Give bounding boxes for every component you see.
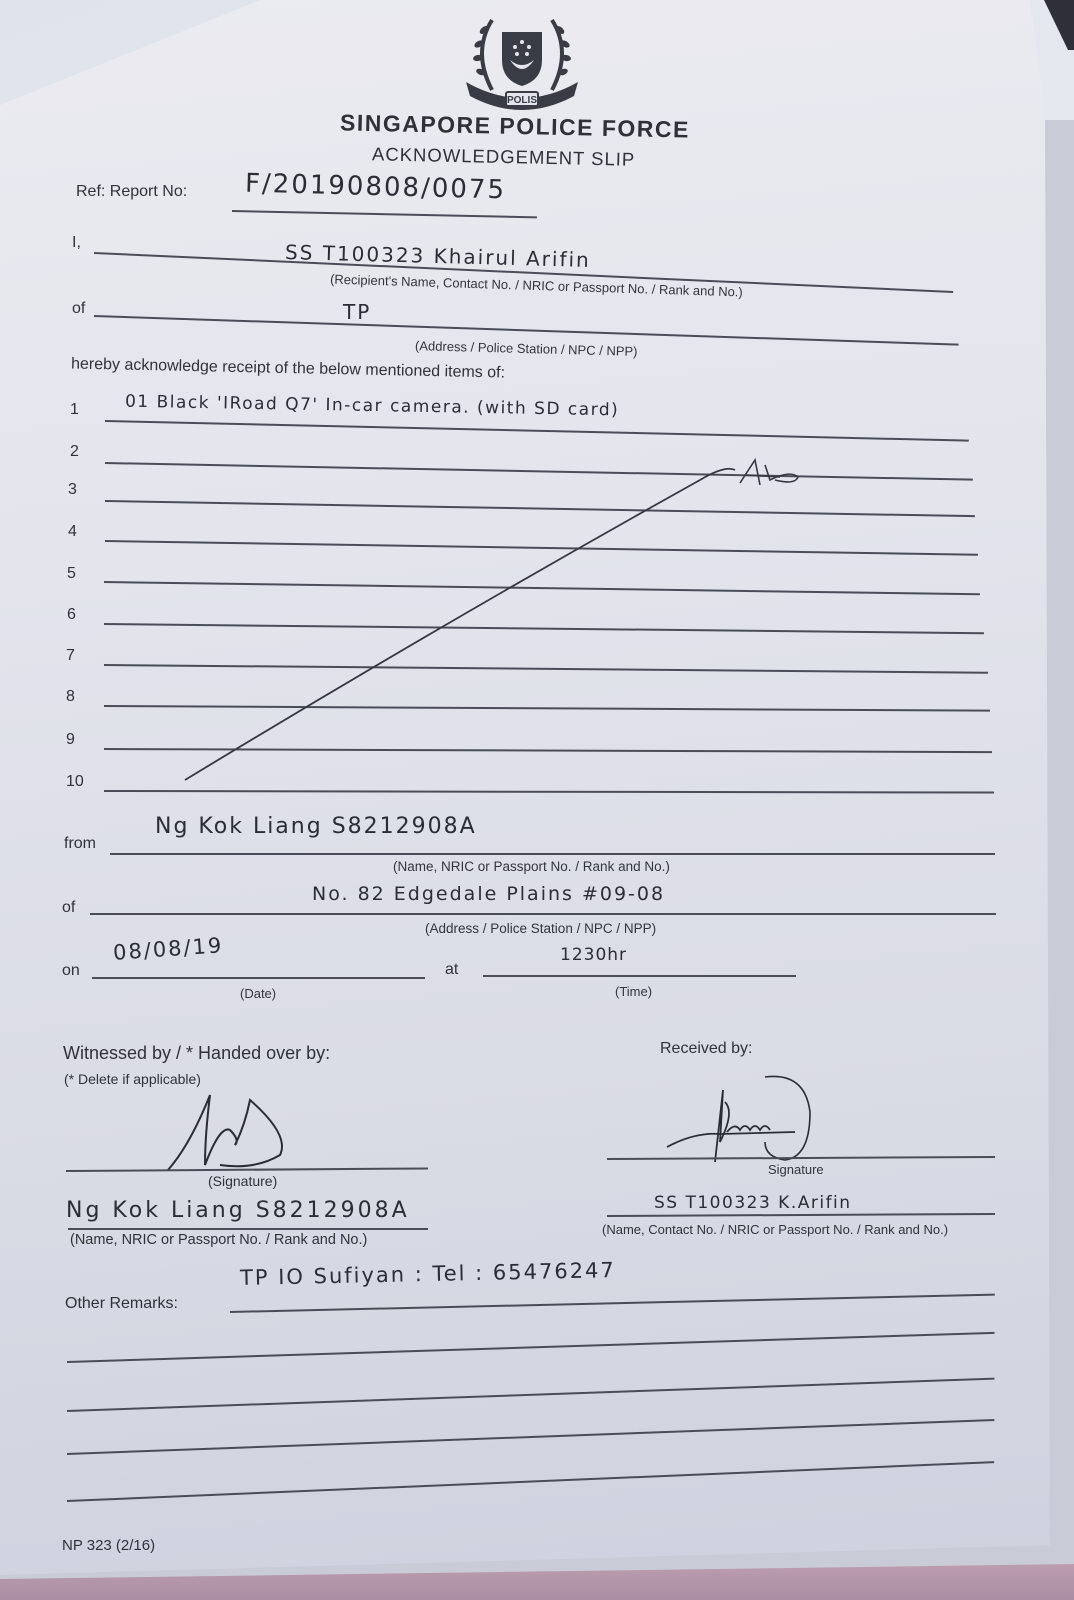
from-of-line bbox=[90, 913, 996, 915]
report-no-value[interactable]: F/20190808/0075 bbox=[245, 169, 507, 206]
from-of-value[interactable]: No. 82 Edgedale Plains #09-08 bbox=[312, 883, 665, 905]
date-line bbox=[92, 977, 425, 979]
receiver-signature-caption: Signature bbox=[768, 1162, 824, 1177]
receiver-name-line bbox=[607, 1213, 995, 1217]
time-value[interactable]: 1230hr bbox=[560, 945, 627, 965]
item-number: 6 bbox=[67, 606, 76, 624]
item-number: 7 bbox=[66, 647, 75, 665]
witness-signature-caption: (Signature) bbox=[208, 1173, 277, 1189]
acknowledgement-slip-paper: POLIS SINGAPORE POLICE FORCE ACKNOWLEDGE… bbox=[0, 0, 1050, 1575]
witness-name-caption: (Name, NRIC or Passport No. / Rank and N… bbox=[70, 1232, 367, 1248]
receiver-name-value[interactable]: SS T100323 K.Arifin bbox=[654, 1193, 852, 1213]
receiver-heading: Received by: bbox=[660, 1040, 753, 1058]
remarks-line-4 bbox=[67, 1419, 994, 1455]
remarks-line-3 bbox=[67, 1378, 994, 1412]
report-no-label: Ref: Report No: bbox=[76, 183, 187, 201]
form-code: NP 323 (2/16) bbox=[62, 1537, 155, 1554]
remarks-label: Other Remarks: bbox=[65, 1295, 178, 1313]
from-label: from bbox=[64, 835, 96, 853]
witness-name-line bbox=[68, 1228, 428, 1230]
from-line bbox=[110, 853, 995, 855]
from-of-label: of bbox=[62, 899, 75, 917]
item-number: 4 bbox=[68, 523, 77, 541]
item-line bbox=[105, 420, 969, 441]
item-number: 10 bbox=[66, 773, 84, 791]
strike-through-mark bbox=[180, 455, 830, 785]
recipient-caption: (Recipient's Name, Contact No. / NRIC or… bbox=[330, 272, 743, 300]
from-value[interactable]: Ng Kok Liang S8212908A bbox=[155, 814, 477, 839]
recipient-of-value[interactable]: TP bbox=[343, 300, 371, 324]
recipient-prefix: I, bbox=[72, 234, 81, 252]
at-label: at bbox=[445, 961, 458, 979]
recipient-of-label: of bbox=[72, 300, 85, 318]
on-label: on bbox=[62, 962, 80, 980]
item-number: 2 bbox=[70, 443, 79, 461]
from-of-caption: (Address / Police Station / NPC / NPP) bbox=[425, 921, 656, 936]
item-line bbox=[104, 790, 994, 793]
item-number: 9 bbox=[66, 731, 75, 749]
item-number: 3 bbox=[68, 481, 77, 499]
witness-signature[interactable] bbox=[160, 1085, 300, 1175]
remarks-value[interactable]: TP IO Sufiyan : Tel : 65476247 bbox=[240, 1258, 616, 1290]
report-no-line bbox=[232, 210, 537, 218]
remarks-line-5 bbox=[67, 1461, 994, 1501]
recipient-of-caption: (Address / Police Station / NPC / NPP) bbox=[415, 338, 638, 359]
receiver-name-caption: (Name, Contact No. / NRIC or Passport No… bbox=[602, 1222, 948, 1237]
time-line bbox=[483, 975, 796, 977]
item-value[interactable]: 01 Black 'IRoad Q7' In-car camera. (with… bbox=[125, 392, 620, 421]
item-number: 1 bbox=[70, 401, 79, 419]
items-heading: hereby acknowledge receipt of the below … bbox=[71, 355, 505, 382]
date-caption: (Date) bbox=[240, 986, 276, 1001]
organization-name: SINGAPORE POLICE FORCE bbox=[340, 109, 690, 143]
receiver-signature[interactable] bbox=[665, 1072, 825, 1167]
remarks-line-1 bbox=[230, 1294, 995, 1313]
svg-text:POLIS: POLIS bbox=[507, 95, 537, 106]
witness-heading: Witnessed by / * Handed over by: bbox=[63, 1043, 330, 1064]
item-number: 8 bbox=[66, 688, 75, 706]
time-caption: (Time) bbox=[615, 984, 652, 999]
police-crest-icon: POLIS bbox=[462, 12, 582, 114]
from-caption: (Name, NRIC or Passport No. / Rank and N… bbox=[393, 859, 670, 874]
item-number: 5 bbox=[67, 565, 76, 583]
form-title: ACKNOWLEDGEMENT SLIP bbox=[372, 143, 636, 171]
date-value[interactable]: 08/08/19 bbox=[112, 933, 224, 965]
witness-name-value[interactable]: Ng Kok Liang S8212908A bbox=[66, 1198, 410, 1223]
remarks-line-2 bbox=[67, 1332, 995, 1363]
